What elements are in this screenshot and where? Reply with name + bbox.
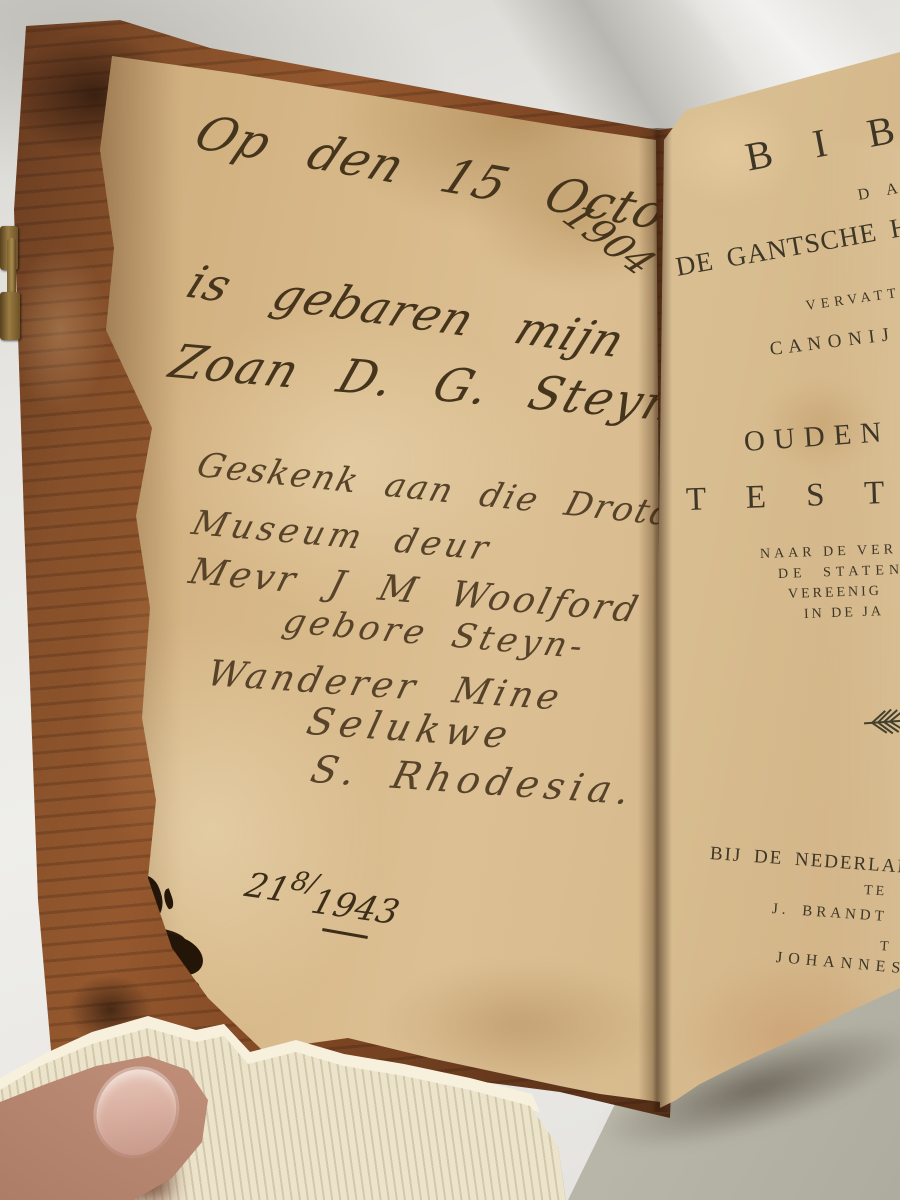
imprint-line-t: T (880, 940, 890, 955)
page-gutter-shadow (638, 128, 672, 1112)
brass-clasp-bottom (0, 292, 20, 340)
laurel-branch-ornament-icon (861, 705, 900, 740)
title-line-in-de-jaren: IN DE JA (804, 605, 884, 622)
title-line-testament: T E S T A (685, 474, 900, 517)
imprint-line-te: TE (864, 884, 888, 900)
date-day: 21 (240, 866, 294, 911)
thumb-nail (75, 1050, 198, 1174)
photo-canvas: Op den 15 October 1904 is gebaren mijn Z… (0, 0, 900, 1200)
